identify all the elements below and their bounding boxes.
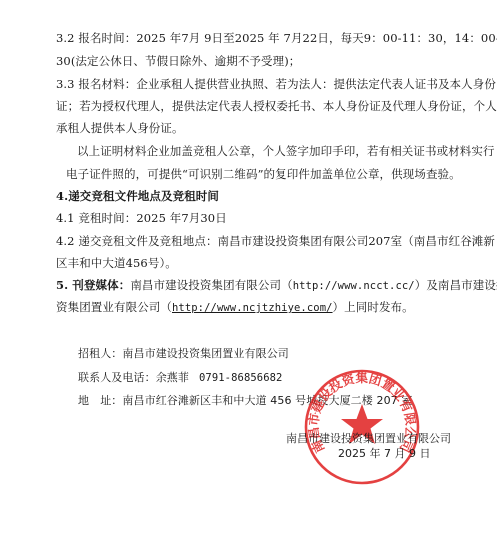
lessor-line: 招租人：南昌市建设投资集团置业有限公司 [78, 347, 289, 361]
media-label: 5. 刊登媒体： [56, 278, 130, 292]
contact-person: 联系人及电话：余燕菲 [78, 371, 189, 384]
media-tail-2: ）上同时发布。 [333, 300, 414, 314]
ncjtzhiye-link[interactable]: http://www.ncjtzhiye.com/ [172, 302, 333, 314]
registration-materials-line-1: 3.3 报名材料：企业承租人提供营业执照、若为法人：提供法定代表人证书及本人身份 [56, 77, 496, 91]
media-line-1: 5. 刊登媒体：南昌市建设投资集团有限公司（http://www.ncct.cc… [56, 278, 497, 293]
media-tail-1: ）及南昌市建设投 [415, 278, 497, 292]
media-text-2: 资集团置业有限公司（ [56, 300, 172, 314]
submission-location-line-1: 4.2 递交竞租文件及竞租地点：南昌市建设投资集团有限公司207室（南昌市红谷滩… [56, 234, 495, 248]
materials-note-line-1: 以上证明材料企业加盖竞租人公章，个人签字加印手印，若有相关证书或材料实行 [77, 144, 495, 158]
contact-phone: 0791-86856682 [199, 372, 282, 384]
registration-materials-line-2: 证；若为授权代理人，提供法定代表人授权委托书、本人身份证及代理人身份证，个人 [56, 99, 497, 113]
section-4-heading: 4.递交竞租文件地点及竞租时间 [56, 189, 219, 203]
contact-line: 联系人及电话：余燕菲0791-86856682 [78, 371, 282, 385]
registration-materials-line-3: 承租人提供本人身份证。 [56, 121, 184, 135]
submission-location-line-2: 区丰和中大道456号）。 [56, 256, 177, 270]
media-text-1: 南昌市建设投资集团有限公司（ [130, 278, 292, 292]
signature-date: 2025 年 7 月 9 日 [338, 445, 430, 461]
signature-company: 南昌市建设投资集团置业有限公司 [286, 430, 451, 446]
registration-time-line-2: 30(法定公休日、节假日除外、逾期不予受理)； [56, 54, 300, 68]
company-seal-icon: 南昌市建设投资集团置业有限公司 [303, 368, 421, 486]
materials-note-line-2: 电子证件照的，可提供“可识别二维码”的复印件加盖单位公章，供现场查验。 [66, 167, 461, 181]
ncct-url[interactable]: http://www.ncct.cc/ [293, 280, 415, 292]
bidding-time: 4.1 竞租时间：2025 年7月30日 [56, 211, 227, 225]
media-line-2: 资集团置业有限公司（http://www.ncjtzhiye.com/）上同时发… [56, 300, 414, 315]
registration-time-line-1: 3.2 报名时间：2025 年7月 9日至2025 年 7月22日，每天9：00… [56, 31, 497, 45]
